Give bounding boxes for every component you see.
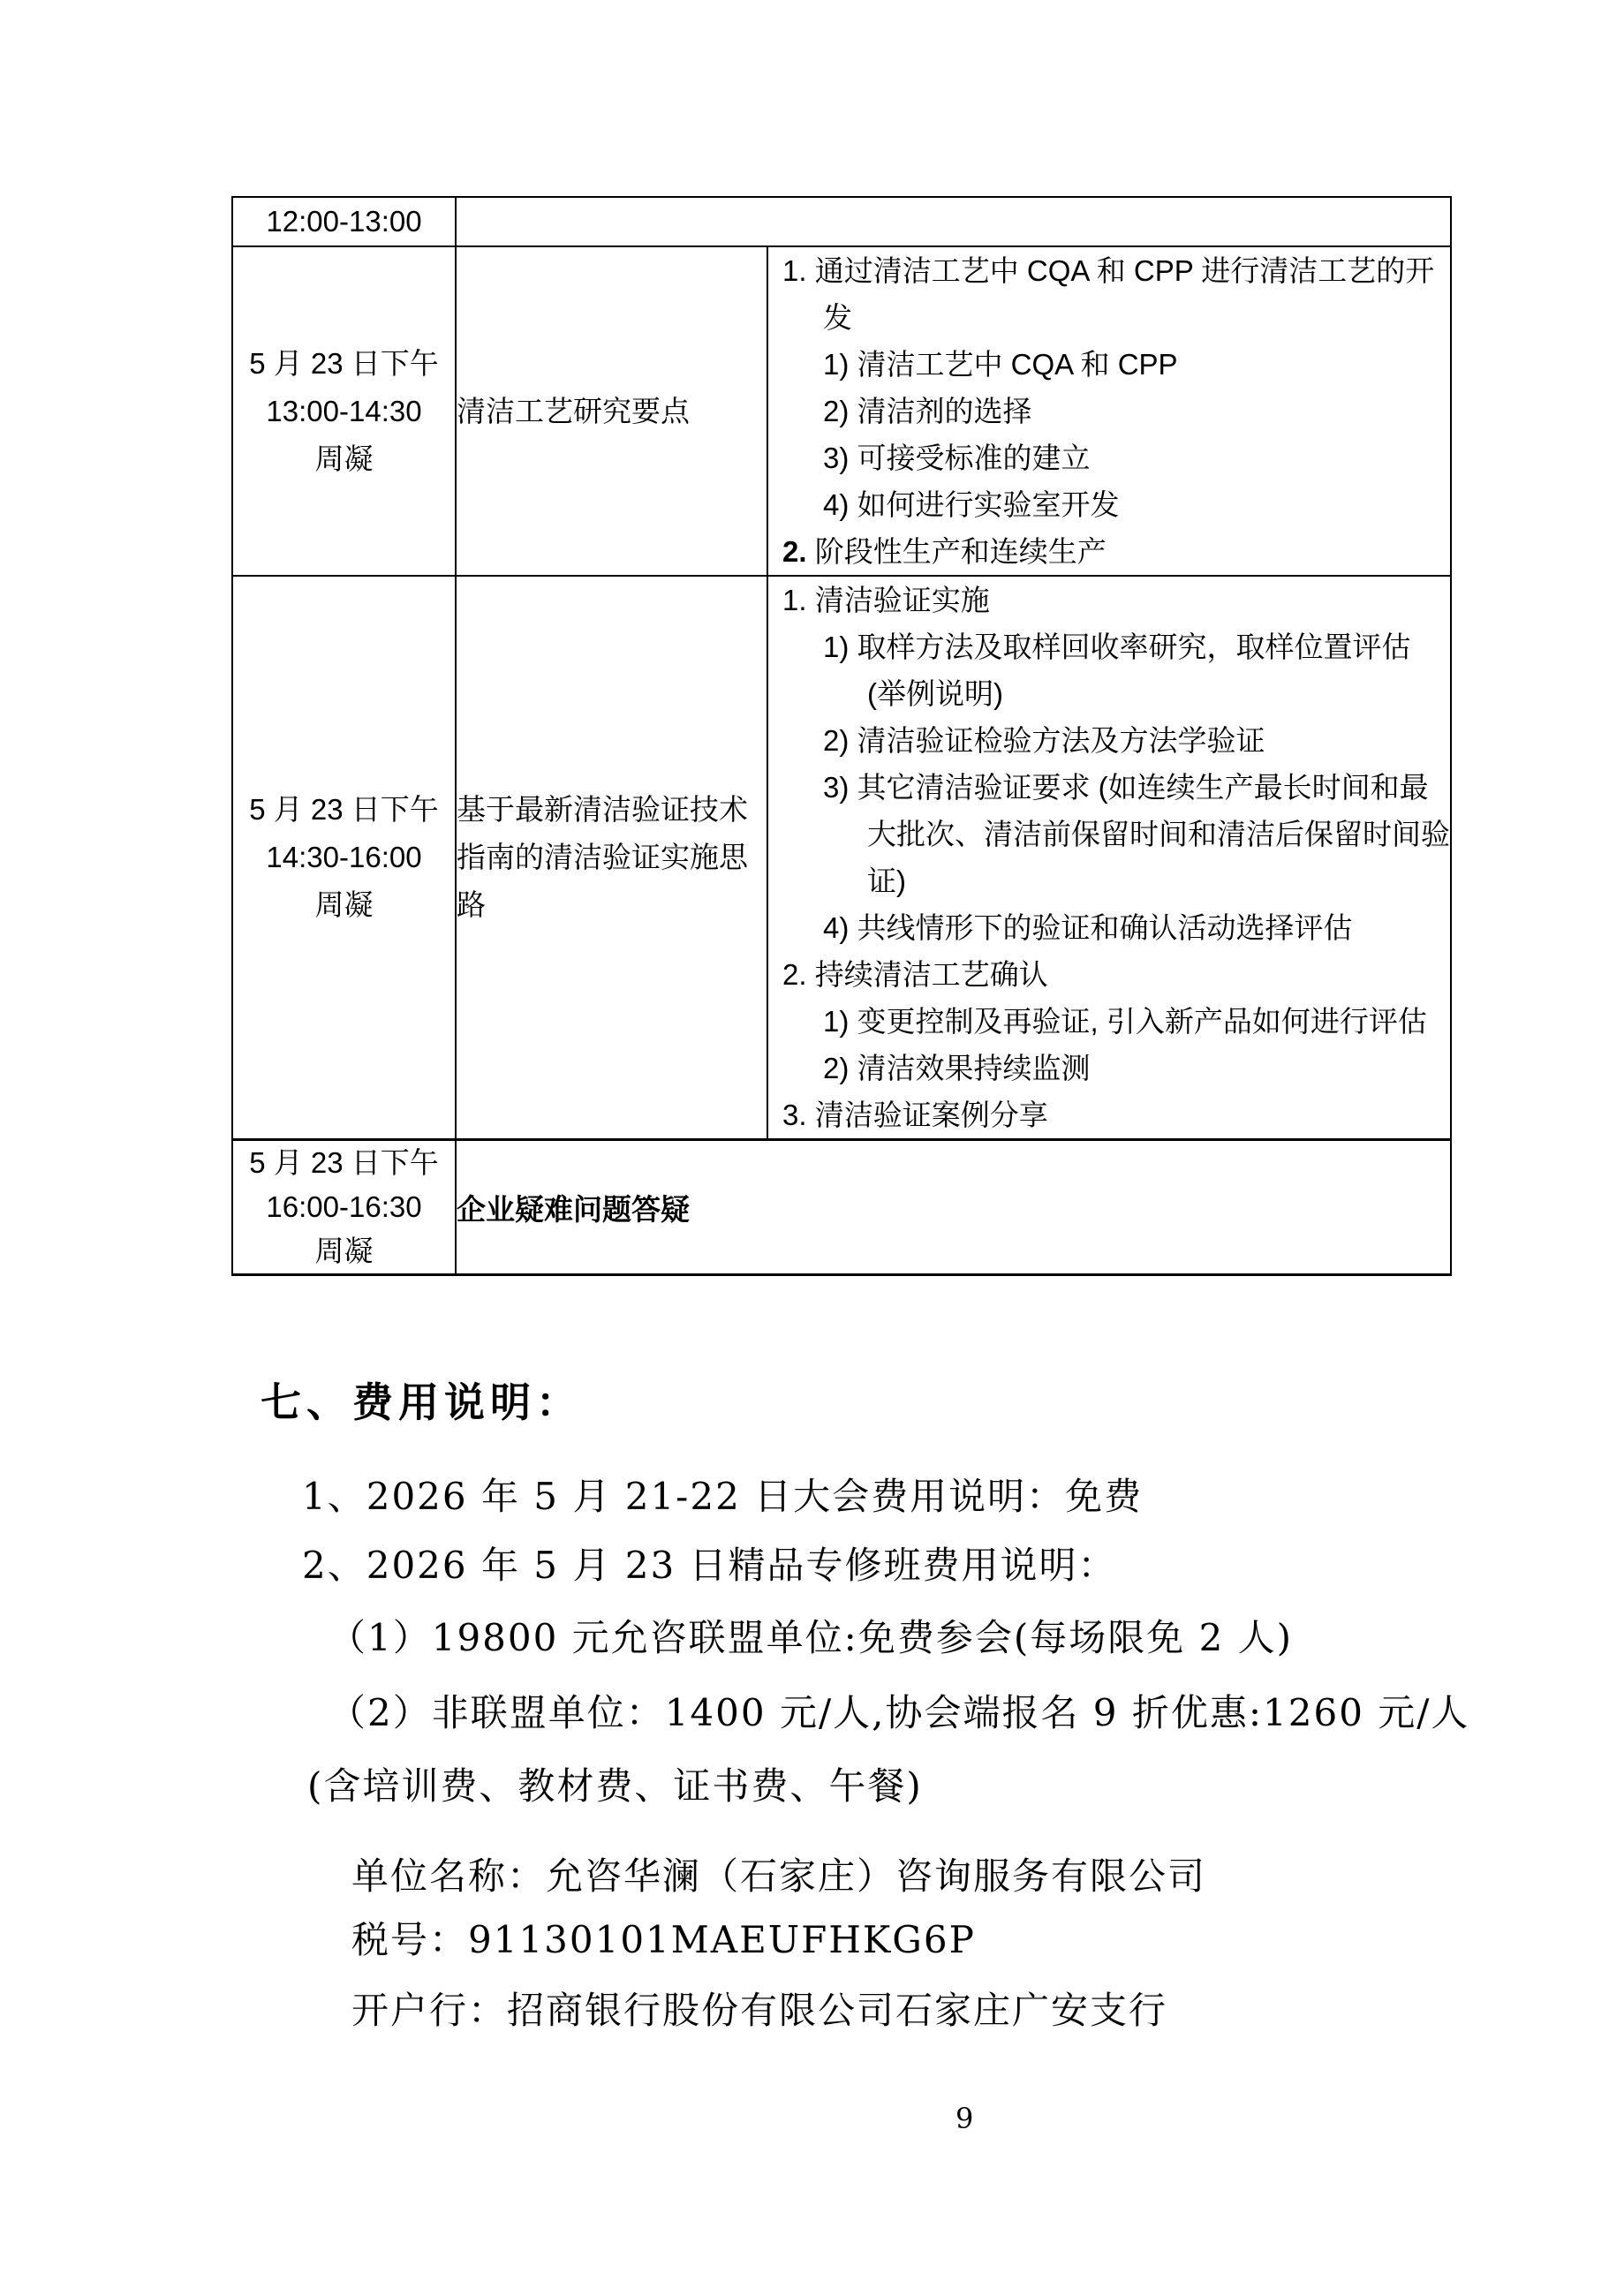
content-line: 1. 通过清洁工艺中 CQA 和 CPP 进行清洁工艺的开 [768,247,1450,294]
non-alliance-price-line: （2）非联盟单位：1400 元/人,协会端报名 9 折优惠:1260 元/人 [329,1684,1469,1737]
content-line: 4) 如何进行实验室开发 [768,481,1450,528]
table-row: 5 月 23 日下午 16:00-16:30 周凝 企业疑难问题答疑 [232,1140,1451,1275]
content-line: (举例说明) [768,670,1450,717]
fee-includes-line: (含培训费、教材费、证书费、午餐) [307,1757,923,1810]
content-line: 2) 清洁效果持续监测 [768,1045,1450,1091]
tax-id-line: 税号：91130101MAEUFHKG6P [351,1911,976,1964]
table-row: 12:00-13:00 [232,197,1451,246]
content-line: 2) 清洁剂的选择 [768,388,1450,434]
content-line: 3. 清洁验证案例分享 [768,1091,1450,1138]
topic-line: 路 [457,881,767,929]
content-line: 4) 共线情形下的验证和确认活动选择评估 [768,904,1450,951]
conference-fee-line: 1、2026 年 5 月 21-22 日大会费用说明：免费 [302,1468,1143,1521]
speaker-name: 周凝 [233,1229,455,1273]
content-line: 3) 其它清洁验证要求 (如连续生产最长时间和最 [768,764,1450,811]
table-row: 5 月 23 日下午 13:00-14:30 周凝 清洁工艺研究要点 1. 通过… [232,246,1451,576]
time-cell: 5 月 23 日下午 13:00-14:30 周凝 [232,246,456,576]
time-range: 14:30-16:00 [233,834,455,881]
topic-cell: 基于最新清洁验证技术 指南的清洁验证实施思 路 [456,576,767,1140]
speaker-name: 周凝 [233,881,455,929]
speaker-name: 周凝 [233,435,455,483]
list-number: 2. [782,535,807,568]
content-line: 1) 清洁工艺中 CQA 和 CPP [768,341,1450,388]
alliance-price-line: （1）19800 元允咨联盟单位:免费参会(每场限免 2 人) [329,1609,1293,1662]
content-line: 1. 清洁验证实施 [768,577,1450,623]
time-cell: 5 月 23 日下午 16:00-16:30 周凝 [232,1140,456,1275]
content-line: 3) 可接受标准的建立 [768,434,1450,481]
document-page: 12:00-13:00 5 月 23 日下午 13:00-14:30 周凝 清洁… [0,0,1624,2296]
empty-cell [456,197,1451,246]
bank-line: 开户行：招商银行股份有限公司石家庄广安支行 [351,1982,1167,2035]
content-cell: 1. 通过清洁工艺中 CQA 和 CPP 进行清洁工艺的开 发 1) 清洁工艺中… [767,246,1451,576]
qa-session-text: 企业疑难问题答疑 [457,1193,690,1226]
time-text: 12:00-13:00 [233,199,455,245]
content-line: 证) [768,857,1450,904]
content-line: 2. 阶段性生产和连续生产 [768,528,1450,575]
table-row: 5 月 23 日下午 14:30-16:00 周凝 基于最新清洁验证技术 指南的… [232,576,1451,1140]
fees-section-heading: 七、费用说明： [261,1371,582,1429]
topic-text: 清洁工艺研究要点 [457,388,767,435]
content-line: 2) 清洁验证检验方法及方法学验证 [768,717,1450,764]
time-cell: 12:00-13:00 [232,197,456,246]
content-text: 阶段性生产和连续生产 [815,535,1107,568]
topic-cell: 清洁工艺研究要点 [456,246,767,576]
topic-line: 指南的清洁验证实施思 [457,834,767,881]
time-date: 5 月 23 日下午 [233,786,455,834]
content-line: 1) 取样方法及取样回收率研究，取样位置评估 [768,623,1450,670]
time-range: 16:00-16:30 [233,1185,455,1229]
company-name-line: 单位名称：允咨华澜（石家庄）咨询服务有限公司 [351,1847,1206,1900]
content-cell: 1. 清洁验证实施 1) 取样方法及取样回收率研究，取样位置评估 (举例说明) … [767,576,1451,1140]
time-date: 5 月 23 日下午 [233,1141,455,1185]
topic-line: 基于最新清洁验证技术 [457,786,767,834]
time-date: 5 月 23 日下午 [233,340,455,388]
time-cell: 5 月 23 日下午 14:30-16:00 周凝 [232,576,456,1140]
content-line: 发 [768,294,1450,341]
content-line: 大批次、清洁前保留时间和清洁后保留时间验 [768,811,1450,857]
content-line: 1) 变更控制及再验证, 引入新产品如何进行评估 [768,998,1450,1045]
workshop-fee-line: 2、2026 年 5 月 23 日精品专修班费用说明： [302,1537,1117,1590]
schedule-table: 12:00-13:00 5 月 23 日下午 13:00-14:30 周凝 清洁… [231,196,1452,1276]
content-line: 2. 持续清洁工艺确认 [768,951,1450,998]
time-range: 13:00-14:30 [233,388,455,435]
qa-session-cell: 企业疑难问题答疑 [456,1140,1451,1275]
page-number: 9 [956,2102,973,2135]
